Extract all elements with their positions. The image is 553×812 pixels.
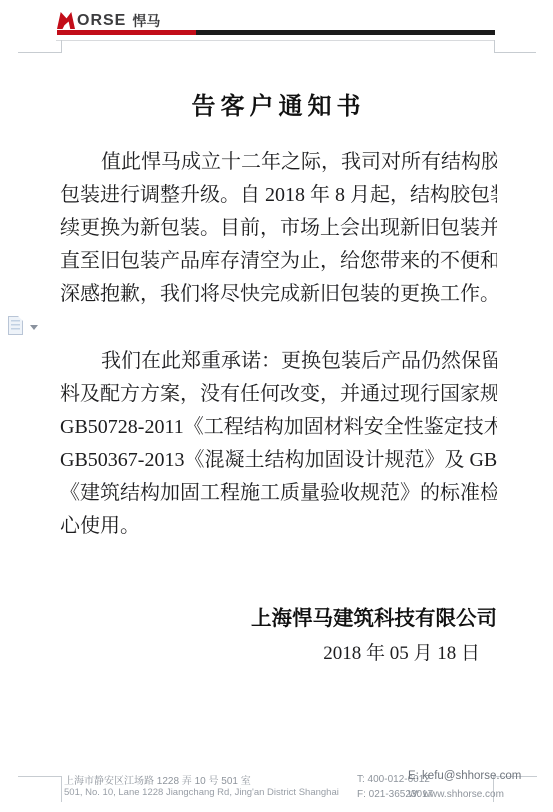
paragraph2-line: 心使用。 xyxy=(60,510,497,543)
logo-text-chinese: 悍马 xyxy=(132,13,160,29)
footer-address-cn: 上海市静安区江场路 1228 弄 10 号 501 室 xyxy=(64,772,251,787)
crop-mark-top-left-h xyxy=(18,52,61,53)
header-rule xyxy=(56,40,495,41)
paragraph-gap xyxy=(60,311,497,345)
crop-mark-top-left xyxy=(61,40,62,53)
document-body: 值此悍马成立十二年之际，我司对所有结构胶系列产品 包装进行调整升级。自 2018… xyxy=(60,146,497,543)
crop-mark-bottom-left xyxy=(61,776,62,802)
paste-icon-fold xyxy=(18,316,24,322)
footer-website: W: www.shhorse.com xyxy=(408,789,504,800)
header-bar-black xyxy=(196,30,495,35)
page-title: 告客户通知书 xyxy=(60,86,497,121)
paste-options-button[interactable] xyxy=(8,316,40,338)
paste-icon xyxy=(8,316,23,335)
paragraph2-line: 料及配方方案，没有任何改变，并通过现行国家规范 xyxy=(60,378,497,411)
logo-text: ORSE xyxy=(77,12,126,29)
header-bar-red xyxy=(57,30,196,35)
company-logo: ORSE 悍马 xyxy=(57,11,160,29)
chevron-down-icon xyxy=(30,325,38,330)
document-page: ORSE 悍马 告客户通知书 值此悍马成立十二年之际，我司对所有结构胶系列产品 … xyxy=(0,0,553,812)
paragraph2-line: 我们在此郑重承诺：更换包装后产品仍然保留原有的原 xyxy=(60,345,497,378)
paragraph1-line: 深感抱歉，我们将尽快完成新旧包装的更换工作。 xyxy=(60,278,497,311)
paragraph1-line: 值此悍马成立十二年之际，我司对所有结构胶系列产品 xyxy=(60,146,497,179)
paragraph2-line: GB50367-2013《混凝土结构加固设计规范》及 GB50550-2010 xyxy=(60,444,497,477)
paragraph2-line: 《建筑结构加固工程施工质量验收规范》的标准检测，请放 xyxy=(60,477,497,510)
footer-email: E: kefu@shhorse.com xyxy=(408,770,521,782)
footer-address-en: 501, No. 10, Lane 1228 Jiangchang Rd, Ji… xyxy=(64,787,339,798)
paragraph1-line: 包装进行调整升级。自 2018 年 8 月起，结构胶包装桶已陆 xyxy=(60,179,497,212)
paragraph2-line: GB50728-2011《工程结构加固材料安全性鉴定技术规范》 xyxy=(60,411,497,444)
crop-mark-bottom-left-h xyxy=(18,776,62,777)
paragraph1-line: 直至旧包装产品库存清空为止，给您带来的不便和困扰我们 xyxy=(60,245,497,278)
crop-mark-top-right-h xyxy=(494,52,536,53)
signature-date: 2018 年 05 月 18 日 xyxy=(60,638,480,665)
signature-company: 上海悍马建筑科技有限公司 xyxy=(60,601,497,631)
horse-logo-icon xyxy=(57,12,75,29)
paragraph1-line: 续更换为新包装。目前，市场上会出现新旧包装并存的情况 xyxy=(60,212,497,245)
